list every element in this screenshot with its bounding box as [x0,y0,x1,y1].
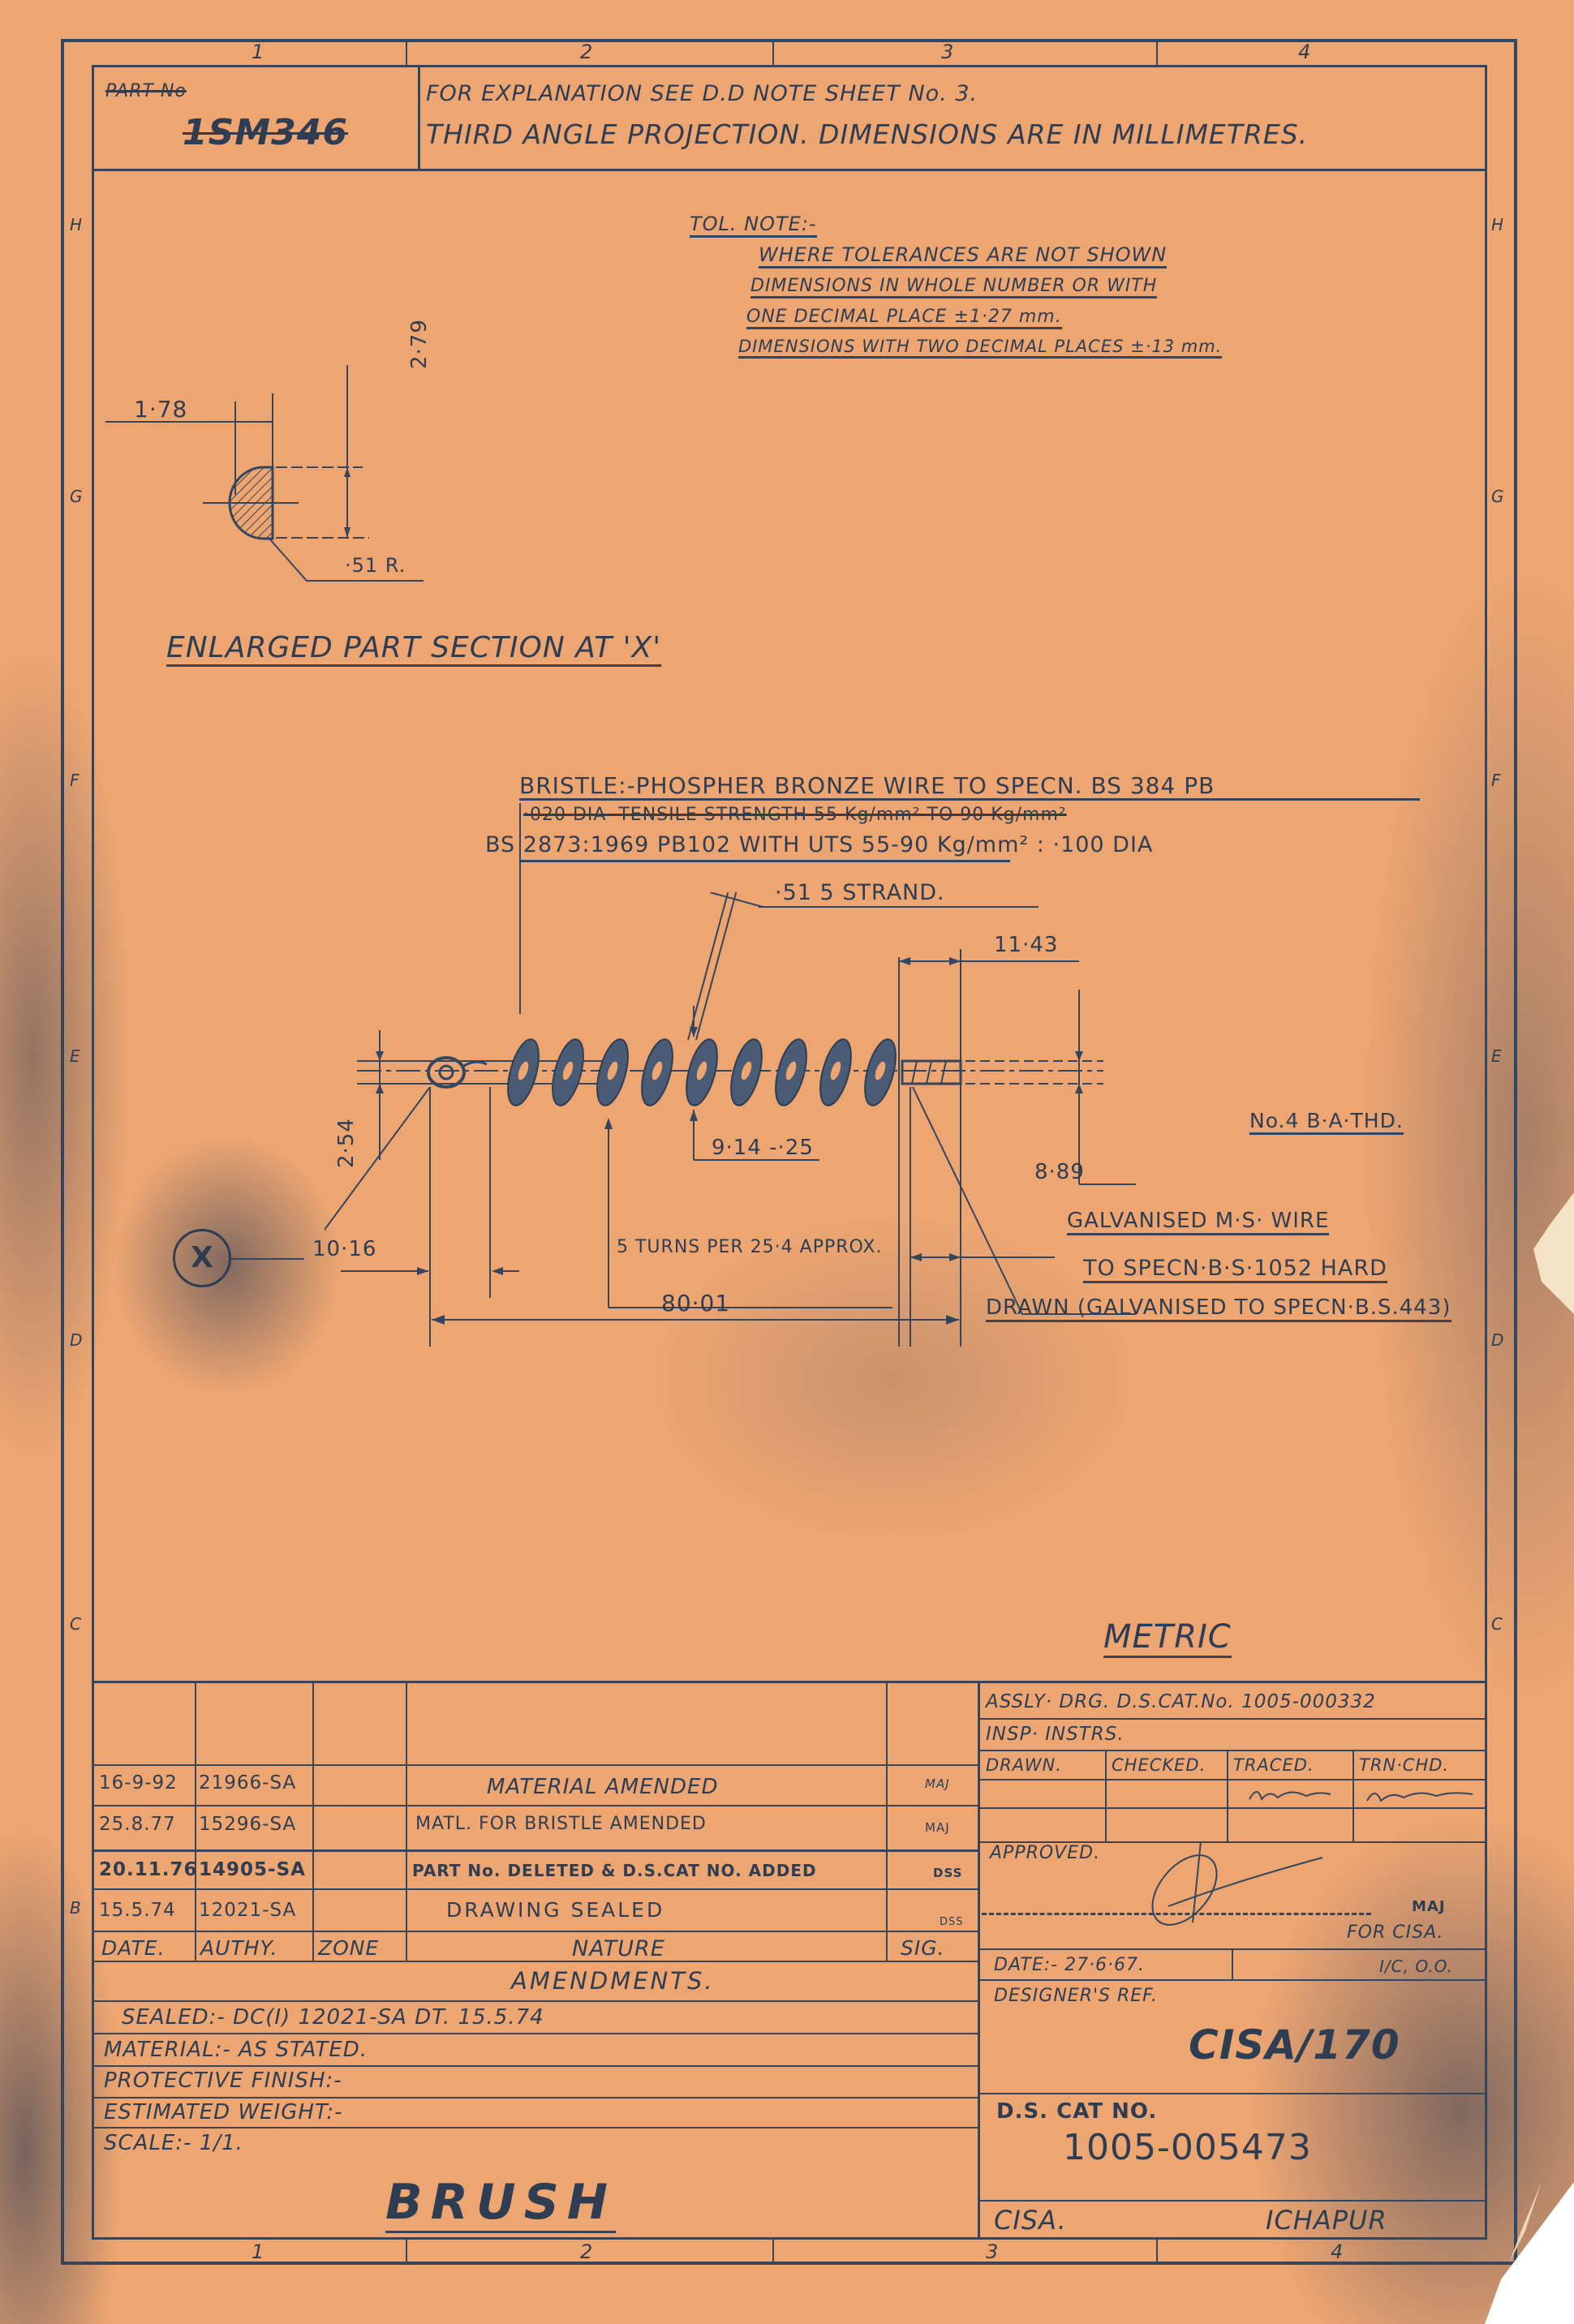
column-label: 3 [986,2240,999,2263]
table-rule [94,2065,978,2067]
dim-radius: ·51 R. [345,554,406,577]
column-label: 2 [580,41,593,63]
row-label: C [1491,1614,1503,1634]
amendment-date: 20.11.76 [99,1859,198,1880]
dim-11-43: 11·43 [994,933,1058,957]
table-rule [94,1764,978,1766]
header-divider [418,65,420,170]
table-rule [978,1718,1485,1720]
header-bottom-rule [92,169,1487,171]
dim-9-14: 9·14 -·25 [712,1136,814,1160]
material-info: MATERIAL:- AS STATED. [104,2038,368,2062]
dim-thread: No.4 B·A·THD. [1249,1109,1404,1135]
amendment-authority: 14905-SA [199,1859,306,1880]
column-label: 4 [1298,41,1311,63]
weight-info: ESTIMATED WEIGHT:- [104,2100,343,2124]
turns-note: 5 TURNS PER 25·4 APPROX. [617,1237,883,1257]
row-label: D [1491,1330,1504,1350]
approver-rank: MAJ [1412,1898,1446,1915]
amendment-date: 15.5.74 [99,1900,176,1921]
table-rule [94,2000,978,2002]
outer-border-bottom [61,2262,1517,2265]
dim-10-16: 10·16 [312,1237,376,1261]
wire-spec-line1: GALVANISED M·S· WIRE [1067,1209,1329,1235]
dim-2-54: 2·54 [334,1118,359,1168]
trn-chd-label: TRN·CHD. [1359,1755,1449,1775]
column-label: 2 [580,2240,593,2263]
outer-border-left [61,39,64,2262]
inner-border-top [92,65,1487,67]
table-rule [978,1807,1485,1809]
amendment-nature: MATL. FOR BRISTLE AMENDED [415,1814,707,1834]
explanation-note: FOR EXPLANATION SEE D.D NOTE SHEET No. 3… [426,81,978,106]
amendment-authority: 15296-SA [199,1814,296,1835]
row-label: C [70,1614,82,1634]
amendment-authority: 12021-SA [199,1900,296,1921]
row-label: B [70,1898,82,1918]
traced-signature-icon [1241,1783,1347,1807]
officer-in-charge: I/C, O.O. [1379,1957,1453,1976]
amendment-nature: DRAWING SEALED [446,1898,664,1922]
amendment-date: 16-9-92 [99,1772,178,1793]
table-rule [312,1681,314,1961]
bristle-spec-line1: BRISTLE:-PHOSPHER BRONZE WIRE TO SPECN. … [519,772,1215,799]
table-rule [94,1961,978,1962]
table-rule [978,1979,1485,1981]
row-label: G [1491,487,1505,506]
row-label: H [70,215,83,234]
header-date: DATE. [101,1936,166,1960]
section-title: ENLARGED PART SECTION AT 'X' [166,631,661,667]
column-divider [406,2237,407,2263]
table-rule [1232,1948,1233,1979]
sealed-info: SEALED:- DC(I) 12021-SA DT. 15.5.74 [122,2005,544,2030]
trn-chd-signature-icon [1363,1783,1477,1807]
column-label: 4 [1331,2240,1344,2263]
dim-width: 1·78 [134,396,187,423]
dim-8-89: 8·89 [1034,1160,1085,1184]
table-rule [978,1779,1485,1781]
column-label: 1 [252,41,264,63]
amendment-signature: MAJ [925,1776,950,1791]
column-divider [406,39,407,65]
part-no-label: PART No [105,81,187,101]
drawing-title: BRUSH [385,2174,616,2233]
outer-border-right [1514,39,1517,2262]
traced-label: TRACED. [1233,1755,1314,1775]
amendments-title: AMENDMENTS. [511,1967,715,1995]
table-rule [978,1750,1485,1751]
row-label: F [70,771,80,790]
table-rule [978,2093,1485,2094]
approved-label: APPROVED. [990,1843,1100,1863]
bristle-spec-line3: BS 2873:1969 PB102 WITH UTS 55-90 Kg/mm²… [485,832,1153,857]
table-rule [94,1931,978,1932]
amendment-signature: MAJ [925,1820,950,1835]
header-signature: SIG. [901,1936,945,1960]
dim-height: 2·79 [407,319,432,369]
row-label: F [1491,771,1502,790]
table-rule [94,2033,978,2034]
amendment-nature: MATERIAL AMENDED [487,1775,718,1799]
table-rule [978,1681,980,2239]
table-rule [406,1681,407,1961]
part-no-value: 1SM346 [183,112,348,153]
torn-paper-edge [1452,1192,1574,1314]
table-rule [94,1849,978,1852]
table-rule [94,2097,978,2098]
column-divider [772,39,774,65]
row-label: E [70,1046,81,1066]
tolerance-note-line: WHERE TOLERANCES ARE NOT SHOWN [759,243,1167,268]
amendment-nature: PART No. DELETED & D.S.CAT NO. ADDED [412,1861,817,1880]
column-divider [1156,39,1158,65]
column-label: 1 [252,2240,264,2263]
checked-label: CHECKED. [1112,1755,1206,1775]
table-rule [94,1681,1485,1683]
designer-ref-label: DESIGNER'S REF. [994,1986,1158,2006]
tolerance-note-line: DIMENSIONS IN WHOLE NUMBER OR WITH [750,276,1157,299]
header-authority: AUTHY. [200,1936,277,1960]
brush-drawing [325,892,1136,1347]
row-label: H [1491,215,1504,234]
projection-note: THIRD ANGLE PROJECTION. DIMENSIONS ARE I… [426,118,1308,150]
table-rule [886,1681,888,1961]
table-rule [94,2127,978,2129]
inspection-instructions: INSP· INSTRS. [986,1724,1125,1745]
table-rule [1227,1750,1228,1841]
wire-spec-line3: DRAWN (GALVANISED TO SPECN·B.S.443) [986,1295,1451,1322]
approval-date: DATE:- 27·6·67. [994,1955,1145,1975]
section-marker: X [173,1229,231,1287]
bristle-spec-struck: ·020 DIA -TENSILE STRENGTH 55 Kg/mm² TO … [523,805,1067,825]
scale-info: SCALE:- 1/1. [104,2131,243,2155]
designer-ref: CISA/170 [1189,2021,1400,2068]
dim-overall: 80·01 [661,1290,730,1317]
amendment-signature: DSS [940,1916,964,1928]
wire-spec-line2: TO SPECN·B·S·1052 HARD [1083,1256,1387,1283]
torn-paper-edge [1347,2182,1574,2324]
organisation: CISA. [994,2205,1067,2236]
tolerance-note-line: DIMENSIONS WITH TWO DECIMAL PLACES ±·13 … [738,337,1222,359]
bristle-spec-underline [519,860,1010,862]
for-org: FOR CISA. [1347,1922,1444,1943]
inner-border-bottom [92,2237,1487,2240]
finish-info: PROTECTIVE FINISH:- [104,2068,342,2093]
table-rule [94,1888,978,1890]
header-zone: ZONE [318,1936,379,1960]
signature-line [982,1913,1371,1915]
row-label: E [1491,1046,1503,1066]
table-rule [1353,1750,1354,1841]
column-label: 3 [941,41,954,63]
table-rule [94,1805,978,1806]
table-rule [1105,1750,1107,1841]
tolerance-note-line: ONE DECIMAL PLACE ±1·27 mm. [746,307,1062,329]
tolerance-note-title: TOL. NOTE:- [690,213,817,238]
leader-line [231,1258,304,1260]
header-nature: NATURE [572,1936,665,1961]
cat-no: 1005-005473 [1063,2127,1312,2168]
amendment-date: 25.8.77 [99,1814,176,1835]
row-label: D [70,1330,83,1350]
metric-label: METRIC [1103,1618,1232,1658]
table-rule [195,1681,196,1961]
cat-no-label: D.S. CAT NO. [996,2099,1157,2124]
column-divider [772,2237,774,2263]
approval-signature-icon [1136,1833,1347,1931]
column-divider [1156,2237,1158,2263]
amendment-authority: 21966-SA [199,1772,296,1793]
bristle-spec-underline [519,798,1420,801]
drawn-label: DRAWN. [986,1755,1062,1775]
amendment-signature: DSS [933,1866,962,1880]
inner-border-right [1485,65,1487,2239]
assembly-drawing-ref: ASSLY· DRG. D.S.CAT.No. 1005-000332 [986,1691,1376,1712]
